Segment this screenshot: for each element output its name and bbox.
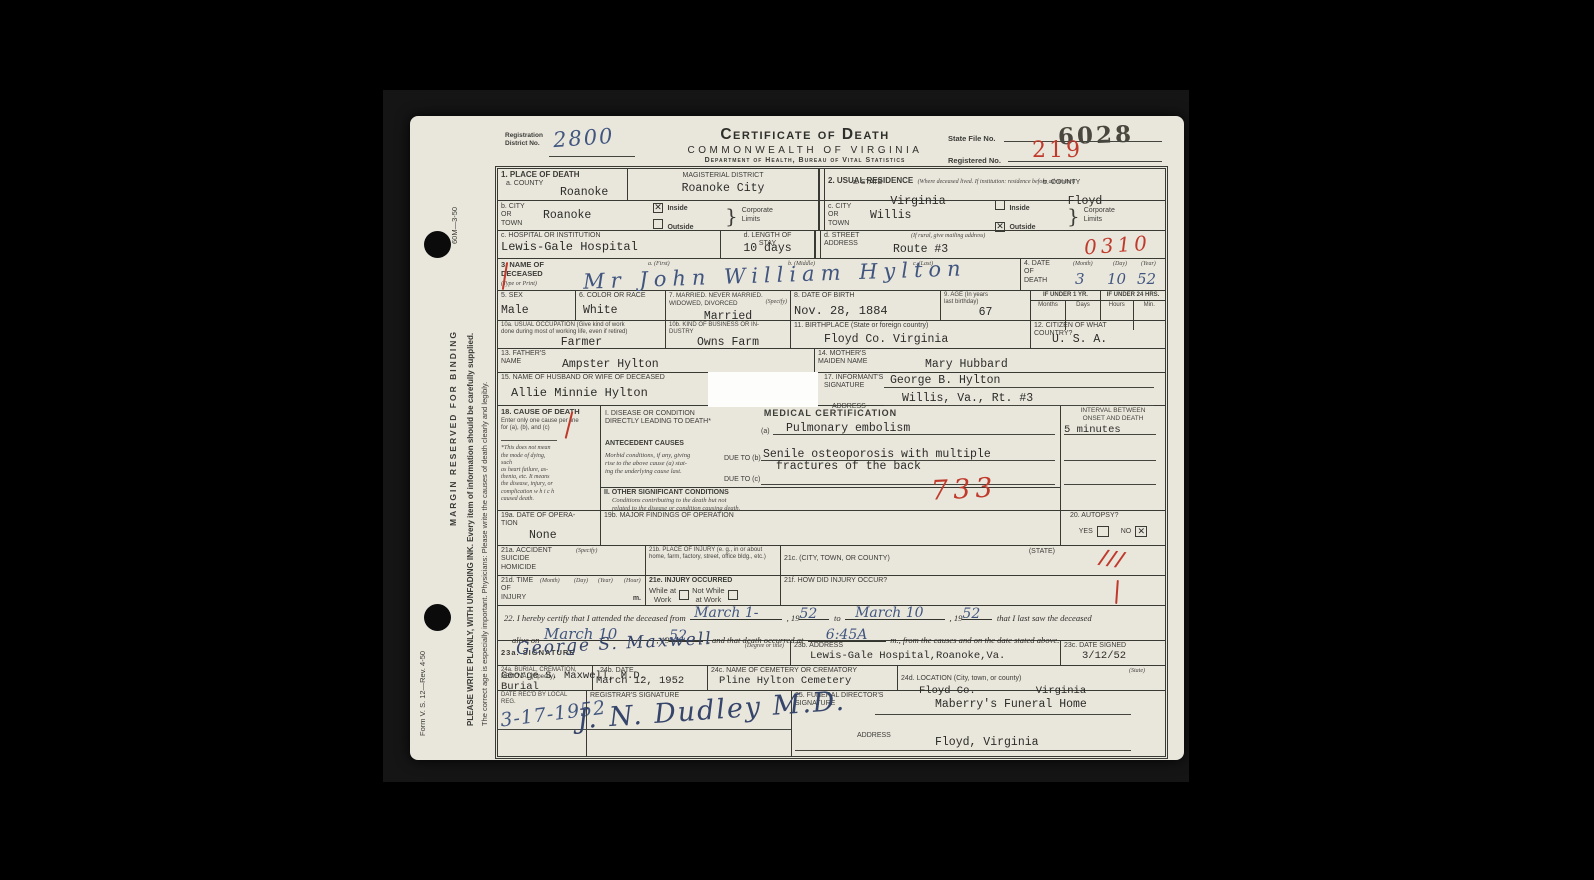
married-label: 7. MARRIED. NEVER MARRIED. WIDOWED, DIVO… [669,292,763,307]
funeral-address-value: Floyd, Virginia [935,736,1039,749]
residence-inside-checkbox [995,200,1005,210]
field-medical-certification: MEDICAL CERTIFICATION I. DISEASE OR COND… [601,406,1061,510]
field-age: 9. AGE (In years last birthday) 67 [941,291,1031,320]
street-address-value: Route #3 [893,243,948,256]
field-injury-city-state: 21c. (CITY, TOWN, OR COUNTY) (STATE) /// [781,546,1165,575]
not-while-at-work-label: Not While at Work [692,586,725,604]
certify-text-1: 22. I hereby certify that I attended the… [504,613,686,623]
field-registrar-signature: REGISTRAR'S SIGNATURE J. N. Dudley M.D. [586,691,791,756]
funeral-director-value: Maberry's Funeral Home [935,698,1087,711]
death-month-value: 3 [1075,270,1085,288]
burial-date-value: March 12, 1952 [596,675,704,687]
injury-month-label: (Month) [540,578,560,585]
cemetery-value: Pline Hylton Cemetery [719,675,894,687]
certificate-header: Certificate of Death COMMONWEALTH OF VIR… [640,126,970,164]
residence-state-label: a. STATE [853,179,882,187]
interval-line-a [1064,434,1156,435]
cemetery-state-label: (State) [1129,668,1145,675]
certify-19b: , 19 [950,613,963,623]
occupation-label: 10a. USUAL OCCUPATION (Give kind of work… [501,322,662,336]
field-county-of-death: 1. PLACE OF DEATH a. COUNTY Roanoke [498,169,628,200]
date-signed-value: 3/12/52 [1082,650,1162,662]
row-occupation: 10a. USUAL OCCUPATION (Give kind of work… [498,321,1165,349]
disease-label: I. DISEASE OR CONDITION DIRECTLY LEADING… [605,410,755,427]
field-burial-type: 24a. BURIAL, CREMATION, REMOVAL (Specify… [498,666,593,690]
certify-text-2: that I last saw the deceased [997,613,1092,623]
degree-or-title-label: (Degree or title) [745,643,784,650]
autopsy-yes-checkbox [1097,526,1109,537]
outside-checkbox [653,219,663,229]
registered-no-line [1008,161,1162,162]
margin-binding-notice: MARGIN RESERVED FOR BINDING [448,266,458,526]
outside-label: Outside [667,224,693,231]
row-hospital-street: c. HOSPITAL OR INSTITUTION Lewis-Gale Ho… [498,231,1165,259]
cause-note-2: *This does not mean the mode of dying, s… [501,440,557,503]
field-injury-occurred: 21e. INJURY OCCURRED While at Work Not W… [646,576,781,605]
city-of-death-value: Roanoke [543,209,653,222]
inside-label: Inside [667,205,687,212]
row-parents: 13. FATHER'S NAME Ampster Hylton 14. MOT… [498,349,1165,373]
file-numbers: State File No. 6028 Registered No. 219 [948,128,1164,168]
age-label: 9. AGE (In years last birthday) [944,292,1027,306]
field-street-address: d. STREET ADDRESS (If rural, give mailin… [821,231,1165,258]
field-cause-of-death-notes: 18. CAUSE OF DEATH Enter only one cause … [498,406,601,510]
informant-sig-line [884,387,1154,388]
residence-city-value: Willis [870,209,995,222]
year1-value: 52 [799,606,817,622]
father-value: Ampster Hylton [562,358,659,371]
row-injury-1: 21a. ACCIDENT SUICIDE HOMICIDE (Specify)… [498,546,1165,576]
informant-address-value: Willis, Va., Rt. #3 [902,392,1033,405]
citizenship-value: U. S. A. [1052,333,1162,346]
under-24hrs-label: IF UNDER 24 HRS. [1101,291,1165,301]
registration-district-value: 2800 [552,124,615,152]
interval-label: INTERVAL BETWEEN ONSET AND DEATH [1064,407,1162,423]
certificate-title: Certificate of Death [640,126,970,144]
row-injury-2: 21d. TIME OF INJURY (Month) (Day) (Year)… [498,576,1165,606]
screenshot-root: { "glyphs": { "x": "✕", "brace": "}" }, … [0,0,1594,880]
business-value: Owns Farm [669,336,787,349]
cause-note-1: Enter only one cause per line for (a), (… [501,418,597,432]
married-note: (Specify) [766,299,787,306]
operation-date-label: 19a. DATE OF OPERA- TION [501,512,597,529]
accident-label: 21a. ACCIDENT SUICIDE HOMICIDE [501,547,552,572]
burial-date-label: 24b. DATE [600,667,704,675]
field-date-of-operation: 19a. DATE OF OPERA- TION None [498,511,601,545]
registered-no-label: Registered No. [948,156,1001,165]
field-date-of-birth: 8. DATE OF BIRTH Nov. 28, 1884 [791,291,941,320]
city-of-death-label: b. CITY OR TOWN [501,203,543,228]
street-address-label: d. STREET ADDRESS [824,232,859,249]
operation-date-value: None [529,529,597,542]
street-address-note: (If rural, give mailing address) [911,233,985,240]
death-day-value: 10 [1107,270,1126,288]
interval-line-b [1064,460,1156,461]
field-sex: 5. SEX Male [498,291,576,320]
field-date-received: DATE REC'D BY LOCAL REG. 3-17-1952 [498,691,586,756]
field-usual-residence: 2. USUAL RESIDENCE (Where deceased lived… [825,169,1165,200]
cause-c-label: DUE TO (c) [724,476,760,484]
month-label: (Month) [1073,261,1093,268]
cause-a-label: (a) [761,428,770,436]
certificate-form: 1. PLACE OF DEATH a. COUNTY Roanoke MAGI… [497,168,1166,757]
certify-19a: , 19 [787,613,800,623]
field-physician-signature: 23a. SIGNATURE (Degree or title) George … [498,641,791,665]
attended-to-value: March 10 [855,605,924,621]
time-of-injury-label: 21d. TIME OF INJURY [501,577,533,602]
corporate-limits-label: Corporate Limits [742,207,773,224]
funeral-address-label: ADDRESS [857,732,891,739]
injury-year-label: (Year) [598,578,613,585]
residence-corporate-brace: } [1067,206,1080,226]
place-of-injury-label: 21b. PLACE OF INJURY (e. g., in or about… [649,547,777,561]
field-burial-date: 24b. DATE March 12, 1952 [593,666,708,690]
state-file-label: State File No. [948,134,996,143]
field-how-injury-occurred: 21f. HOW DID INJURY OCCUR? [781,576,1165,605]
field-physician-address: 23b. ADDRESS Lewis-Gale Hospital,Roanoke… [791,641,1061,665]
corporate-limits-brace: } [725,206,738,226]
field-time-of-injury: 21d. TIME OF INJURY (Month) (Day) (Year)… [498,576,646,605]
red-stroke-mark [1115,580,1119,604]
row-city-town: b. CITY OR TOWN Roanoke ✕ Inside Outside… [498,201,1165,231]
residence-city-label: c. CITY OR TOWN [828,203,870,228]
burial-type-label: 24a. BURIAL, CREMATION, REMOVAL (Specify… [501,667,589,681]
cause-c-line [761,484,1055,485]
field-place-of-injury: 21b. PLACE OF INJURY (e. g., in or about… [646,546,781,575]
field-if-under-24hrs: IF UNDER 24 HRS. Hours Min. [1101,291,1165,320]
field-birthplace: 11. BIRTHPLACE (State or foreign country… [791,321,1031,348]
day-label: (Day) [1113,261,1127,268]
father-label: 13. FATHER'S NAME [501,350,546,367]
row-sex-race-married: 5. SEX Male 6. COLOR OR RACE White 7. MA… [498,291,1165,321]
antecedent-label: ANTECEDENT CAUSES [605,440,684,448]
row-cause-of-death: 18. CAUSE OF DEATH Enter only one cause … [498,406,1165,511]
field-residence-city: c. CITY OR TOWN Willis Inside ✕ Outside … [825,201,1165,230]
funeral-sig-line [875,714,1131,715]
informant-label: 17. INFORMANT'S SIGNATURE [824,374,883,391]
informant-value: George B. Hylton [890,374,1000,387]
field-cemetery-location: 24d. LOCATION (City, town, or county) (S… [898,666,1165,690]
business-label: 10b. KIND OF BUSINESS OR IN- DUSTRY [669,322,787,336]
hospital-value: Lewis-Gale Hospital [501,240,717,254]
cause-a-line [773,434,1055,435]
physician-address-label: 23b. ADDRESS [794,642,1057,650]
death-year-value: 52 [1137,270,1156,288]
autopsy-no-checkbox-checked: ✕ [1135,526,1147,537]
magisterial-district-label: MAGISTERIAL DISTRICT [631,172,815,180]
punch-hole-top [424,231,451,258]
street-code-stamp: 0310 [1083,231,1151,260]
field-business: 10b. KIND OF BUSINESS OR IN- DUSTRY Owns… [666,321,791,348]
code-stamp-733: 733 [930,472,998,506]
field-interval: INTERVAL BETWEEN ONSET AND DEATH 5 minut… [1061,406,1165,510]
field-occupation: 10a. USUAL OCCUPATION (Give kind of work… [498,321,666,348]
residence-inside-label: Inside [1009,205,1029,212]
cause-b-value-line2: fractures of the back [776,460,921,473]
residence-corporate-label: Corporate Limits [1084,207,1115,224]
mother-value: Mary Hubbard [925,358,1008,371]
inside-checkbox-checked: ✕ [653,203,663,213]
field-date-of-death: 4. DATE OF DEATH (Month) (Day) (Year) 3 … [1021,259,1165,290]
race-label: 6. COLOR OR RACE [579,292,662,300]
place-of-death-title: 1. PLACE OF DEATH [501,170,624,180]
field-father-name: 13. FATHER'S NAME Ampster Hylton [498,349,815,372]
certify-to: to [834,613,841,623]
margin-form-code: Form V. S. 12—Rev. 4-50 [418,556,427,736]
morbid-note: Morbid conditions, if any, giving rise t… [605,452,690,475]
magisterial-district-value: Roanoke City [631,182,815,195]
accident-note: (Specify) [576,548,597,555]
margin-notice-line1: PLEASE WRITE PLAINLY, WITH UNFADING INK.… [466,146,475,726]
death-certificate-page: 60M—3-50 MARGIN RESERVED FOR BINDING PLE… [410,116,1184,760]
row-physician-signature: 23a. SIGNATURE (Degree or title) George … [498,641,1165,666]
birthplace-label: 11. BIRTHPLACE (State or foreign country… [794,322,1027,330]
cause-of-death-title: 18. CAUSE OF DEATH [501,407,597,416]
row-name-of-deceased: 3. NAME OF DECEASED (Type or Print) a. (… [498,259,1165,291]
field-city-of-death: b. CITY OR TOWN Roanoke ✕ Inside Outside… [498,201,819,230]
registration-district-label: Registration District No. [505,132,543,148]
injury-day-label: (Day) [574,578,588,585]
length-of-stay-value: 10 days [724,242,811,255]
not-while-at-work-checkbox [728,590,738,600]
funeral-address-line [795,750,1131,751]
birthplace-value: Floyd Co. Virginia [824,333,1027,346]
field-accident-suicide-homicide: 21a. ACCIDENT SUICIDE HOMICIDE (Specify) [498,546,646,575]
row-registrar-funeral: DATE REC'D BY LOCAL REG. 3-17-1952 REGIS… [498,691,1165,756]
injury-hour-label: (Hour) [624,578,641,585]
injury-m-label: m. [633,595,641,603]
physician-address-value: Lewis-Gale Hospital,Roanoke,Va. [810,650,1057,662]
interval-line-c [1064,484,1156,485]
field-length-of-stay: d. LENGTH OF STAY 10 days [721,231,815,258]
field-operation-findings: 19b. MAJOR FINDINGS OF OPERATION [601,511,1061,545]
residence-outside-label: Outside [1009,224,1035,231]
sex-value: Male [501,304,572,317]
row-operation: 19a. DATE OF OPERA- TION None 19b. MAJOR… [498,511,1165,546]
registered-no-value: 219 [1032,138,1083,163]
cemetery-label: 24c. NAME OF CEMETERY OR CREMATORY [711,667,894,675]
sex-label: 5. SEX [501,292,572,300]
attended-from-value: March 1- [694,605,758,621]
margin-notice-line2: The correct age is especially important.… [480,146,489,726]
cemetery-location-label: 24d. LOCATION (City, town, or county) [901,675,1021,682]
field-name-of-deceased: 3. NAME OF DECEASED (Type or Print) a. (… [498,259,1021,290]
cause-b-label: DUE TO (b) [724,455,761,463]
state-file-line [1004,141,1162,142]
date-signed-label: 23c. DATE SIGNED [1064,642,1162,650]
mother-label: 14. MOTHER'S MAIDEN NAME [818,350,867,367]
field-color-or-race: 6. COLOR OR RACE White [576,291,666,320]
injury-occurred-label: 21e. INJURY OCCURRED [649,577,777,585]
punch-hole-bottom [424,604,451,631]
how-injury-label: 21f. HOW DID INJURY OCCUR? [784,577,1162,585]
autopsy-yes-label: YES [1079,528,1093,536]
operation-findings-label: 19b. MAJOR FINDINGS OF OPERATION [604,512,1057,520]
date-of-birth-value: Nov. 28, 1884 [794,304,937,318]
autopsy-label: 20. AUTOPSY? [1070,512,1162,520]
department-line: Department of Health, Bureau of Vital St… [640,157,970,164]
field-mother-name: 14. MOTHER'S MAIDEN NAME Mary Hubbard [815,349,1165,372]
field-funeral-director: 25. FUNERAL DIRECTOR'S SIGNATURE Maberry… [791,691,1165,756]
red-slashes-mark: /// [1099,544,1127,571]
field-date-signed: 23c. DATE SIGNED 3/12/52 [1061,641,1165,665]
registration-district-line [549,156,635,157]
year-label: (Year) [1141,261,1156,268]
margin-print-code: 60M—3-50 [450,124,459,244]
field-marital-status: 7. MARRIED. NEVER MARRIED. WIDOWED, DIVO… [666,291,791,320]
date-of-death-label: 4. DATE OF DEATH [1024,260,1050,285]
field-if-under-1yr: IF UNDER 1 YR. Months Days [1031,291,1101,320]
under-1yr-label: IF UNDER 1 YR. [1031,291,1100,301]
injury-city-label: 21c. (CITY, TOWN, OR COUNTY) [784,555,890,562]
date-of-birth-label: 8. DATE OF BIRTH [794,292,937,300]
field-magisterial-district: MAGISTERIAL DISTRICT Roanoke City [628,169,819,200]
occupation-value: Farmer [501,336,662,349]
field-citizenship: 12. CITIZEN OF WHAT COUNTRY? U. S. A. [1031,321,1165,348]
while-at-work-checkbox [679,590,689,600]
field-autopsy: 20. AUTOPSY? YES NO ✕ [1061,511,1165,545]
registration-district: Registration District No. 2800 [505,132,635,150]
residence-county-label: b. COUNTY [1043,179,1080,187]
row-spouse-informant: 15. NAME OF HUSBAND OR WIFE OF DECEASED … [498,373,1165,406]
field-cemetery: 24c. NAME OF CEMETERY OR CREMATORY Pline… [708,666,898,690]
autopsy-no-label: NO [1121,528,1132,536]
county-value: Roanoke [560,186,608,199]
hospital-label: c. HOSPITAL OR INSTITUTION [501,232,717,240]
while-at-work-label: While at Work [649,586,676,604]
injury-state-label: (STATE) [1029,548,1055,556]
field-hospital: c. HOSPITAL OR INSTITUTION Lewis-Gale Ho… [498,231,721,258]
commonwealth-subtitle: COMMONWEALTH OF VIRGINIA [640,145,970,156]
year2-value: 52 [962,606,980,622]
field-informant: 17. INFORMANT'S SIGNATURE George B. Hylt… [815,373,1165,405]
race-value: White [583,304,662,317]
redaction-box [708,372,818,407]
age-value: 67 [944,306,1027,319]
